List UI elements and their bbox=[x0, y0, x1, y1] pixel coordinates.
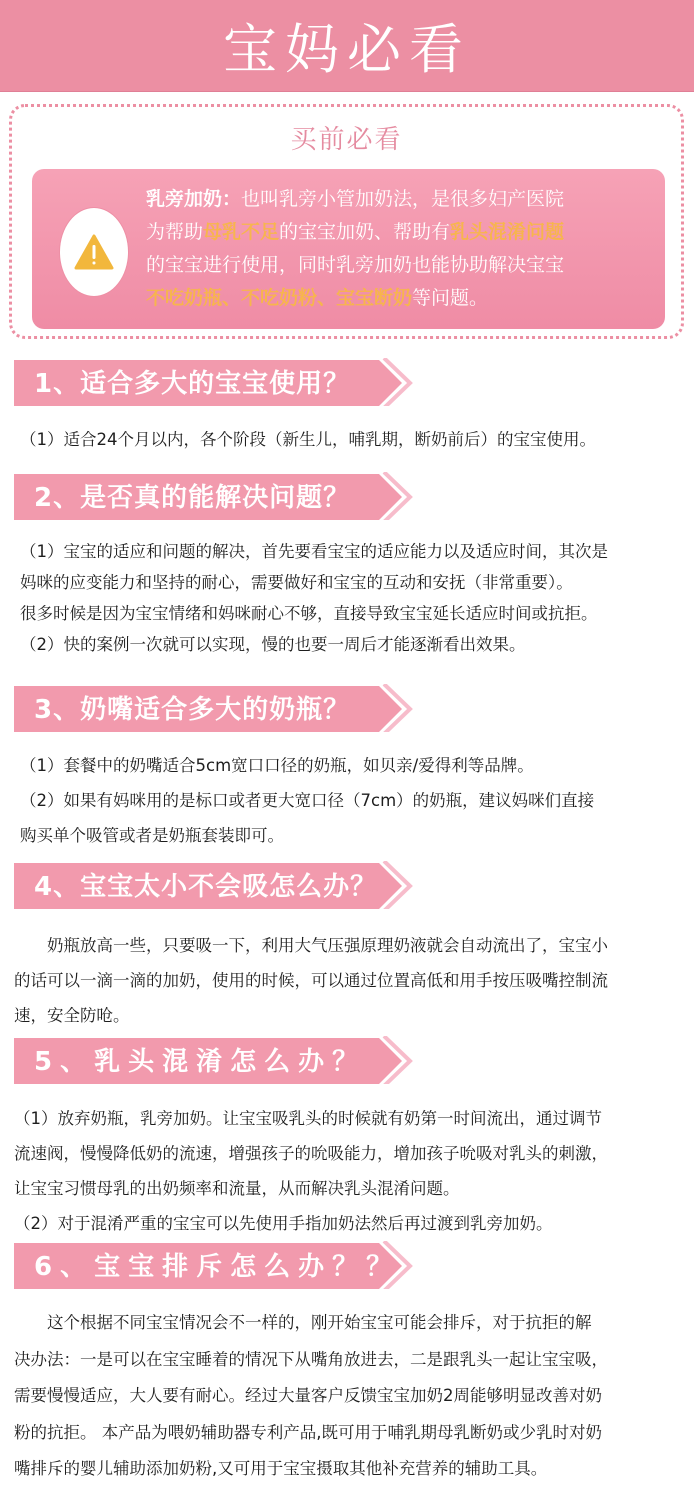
section-heading-label: 2、是否真的能解决问题？ bbox=[34, 477, 350, 514]
notice-text: 乳旁加奶：也叫乳旁小管加奶法，是很多妇产医院为帮助母乳不足的宝宝加奶、帮助有乳头… bbox=[146, 183, 656, 315]
notice-line: 为帮助母乳不足的宝宝加奶、帮助有乳头混淆问题 bbox=[146, 216, 656, 249]
body-line: 奶瓶放高一些，只要吸一下，利用大气压强原理奶液就会自动流出了，宝宝小 bbox=[14, 928, 674, 963]
body-line: 妈咪的应变能力和坚持的耐心，需要做好和宝宝的互动和安抚（非常重要）。 bbox=[20, 567, 680, 598]
section-heading-3: 3、奶嘴适合多大的奶瓶？ bbox=[14, 684, 419, 732]
warning-triangle-icon bbox=[74, 234, 114, 270]
section-body-1: （1）适合24个月以内，各个阶段（新生儿，哺乳期，断奶前后）的宝宝使用。 bbox=[20, 424, 680, 455]
body-line: 购买单个吸管或者是奶瓶套装即可。 bbox=[20, 818, 680, 853]
page-title: 宝妈必看 bbox=[223, 7, 471, 84]
body-line: （2）快的案例一次就可以实现，慢的也要一周后才能逐渐看出效果。 bbox=[20, 629, 680, 660]
section-heading-6: 6、宝宝排斥怎么办？？ bbox=[14, 1241, 419, 1289]
notice-line: 乳旁加奶：也叫乳旁小管加奶法，是很多妇产医院 bbox=[146, 183, 656, 216]
body-line: 嘴排斥的婴儿辅助添加奶粉,又可用于宝宝摄取其他补充营养的辅助工具。 bbox=[14, 1451, 674, 1488]
body-line: （1）放弃奶瓶，乳旁加奶。让宝宝吸乳头的时候就有奶第一时间流出，通过调节 bbox=[14, 1101, 674, 1136]
section-body-3: （1）套餐中的奶嘴适合5cm宽口口径的奶瓶，如贝亲/爱得利等品牌。 （2）如果有… bbox=[20, 748, 680, 853]
highlight-text: 乳头混淆问题 bbox=[450, 221, 564, 243]
body-line: （1）宝宝的适应和问题的解决，首先要看宝宝的适应能力以及适应时间，其次是 bbox=[20, 536, 680, 567]
body-line: （2）对于混淆严重的宝宝可以先使用手指加奶法然后再过渡到乳旁加奶。 bbox=[14, 1206, 674, 1241]
section-body-2: （1）宝宝的适应和问题的解决，首先要看宝宝的适应能力以及适应时间，其次是 妈咪的… bbox=[20, 536, 680, 660]
section-heading-4: 4、宝宝太小不会吸怎么办？ bbox=[14, 861, 419, 909]
section-heading-label: 3、奶嘴适合多大的奶瓶？ bbox=[34, 689, 350, 726]
body-line: （1）适合24个月以内，各个阶段（新生儿，哺乳期，断奶前后）的宝宝使用。 bbox=[20, 424, 680, 455]
section-heading-5: 5、乳头混淆怎么办？ bbox=[14, 1036, 419, 1084]
section-heading-1: 1、适合多大的宝宝使用？ bbox=[14, 358, 419, 406]
section-heading-label: 5、乳头混淆怎么办？ bbox=[34, 1041, 366, 1078]
notice-segment: 的宝宝进行使用，同时乳旁加奶也能协助解决宝宝 bbox=[146, 254, 564, 276]
body-line: （1）套餐中的奶嘴适合5cm宽口口径的奶瓶，如贝亲/爱得利等品牌。 bbox=[20, 748, 680, 783]
body-line: 需要慢慢适应，大人要有耐心。经过大量客户反馈宝宝加奶2周能够明显改善对奶 bbox=[14, 1378, 674, 1415]
body-line: 速，安全防呛。 bbox=[14, 998, 674, 1033]
notice-segment: 等问题。 bbox=[412, 287, 488, 309]
page-title-banner: 宝妈必看 bbox=[0, 0, 694, 92]
section-body-4: 奶瓶放高一些，只要吸一下，利用大气压强原理奶液就会自动流出了，宝宝小 的话可以一… bbox=[14, 928, 674, 1033]
section-body-6: 这个根据不同宝宝情况会不一样的，刚开始宝宝可能会排斥，对于抗拒的解 决办法：一是… bbox=[14, 1305, 674, 1488]
body-line: 的话可以一滴一滴的加奶，使用的时候，可以通过位置高低和用手按压吸嘴控制流 bbox=[14, 963, 674, 998]
notice-segment: 乳旁加奶： bbox=[146, 188, 241, 210]
notice-segment: 的宝宝加奶、帮助有 bbox=[279, 221, 450, 243]
body-line: 流速阀，慢慢降低奶的流速，增强孩子的吮吸能力，增加孩子吮吸对乳头的刺激， bbox=[14, 1136, 674, 1171]
body-line: 这个根据不同宝宝情况会不一样的，刚开始宝宝可能会排斥，对于抗拒的解 bbox=[14, 1305, 674, 1342]
notice-segment: 为帮助 bbox=[146, 221, 203, 243]
warning-badge bbox=[62, 210, 126, 294]
highlight-text: 母乳不足 bbox=[203, 221, 279, 243]
body-line: 决办法：一是可以在宝宝睡着的情况下从嘴角放进去，二是跟乳头一起让宝宝吸， bbox=[14, 1342, 674, 1379]
notice-subtitle: 买前必看 bbox=[12, 119, 681, 156]
notice-line: 的宝宝进行使用，同时乳旁加奶也能协助解决宝宝 bbox=[146, 249, 656, 282]
body-line: （2）如果有妈咪用的是标口或者更大宽口径（7cm）的奶瓶，建议妈咪们直接 bbox=[20, 783, 680, 818]
notice-box: 乳旁加奶：也叫乳旁小管加奶法，是很多妇产医院为帮助母乳不足的宝宝加奶、帮助有乳头… bbox=[32, 169, 665, 329]
section-heading-label: 6、宝宝排斥怎么办？？ bbox=[34, 1246, 400, 1283]
body-line: 粉的抗拒。 本产品为喂奶辅助器专利产品,既可用于哺乳期母乳断奶或少乳时对奶 bbox=[14, 1415, 674, 1452]
section-heading-2: 2、是否真的能解决问题？ bbox=[14, 472, 419, 520]
notice-line: 不吃奶瓶、不吃奶粉、宝宝断奶等问题。 bbox=[146, 282, 656, 315]
body-line: 让宝宝习惯母乳的出奶频率和流量，从而解决乳头混淆问题。 bbox=[14, 1171, 674, 1206]
section-heading-label: 4、宝宝太小不会吸怎么办？ bbox=[34, 866, 377, 903]
highlight-text: 不吃奶瓶、不吃奶粉、宝宝断奶 bbox=[146, 287, 412, 309]
body-line: 很多时候是因为宝宝情绪和妈咪耐心不够，直接导致宝宝延长适应时间或抗拒。 bbox=[20, 598, 680, 629]
notice-segment: 也叫乳旁小管加奶法，是很多妇产医院 bbox=[241, 188, 564, 210]
pre-purchase-notice: 买前必看 乳旁加奶：也叫乳旁小管加奶法，是很多妇产医院为帮助母乳不足的宝宝加奶、… bbox=[9, 104, 684, 339]
section-heading-label: 1、适合多大的宝宝使用？ bbox=[34, 363, 350, 400]
section-body-5: （1）放弃奶瓶，乳旁加奶。让宝宝吸乳头的时候就有奶第一时间流出，通过调节 流速阀… bbox=[14, 1101, 674, 1241]
